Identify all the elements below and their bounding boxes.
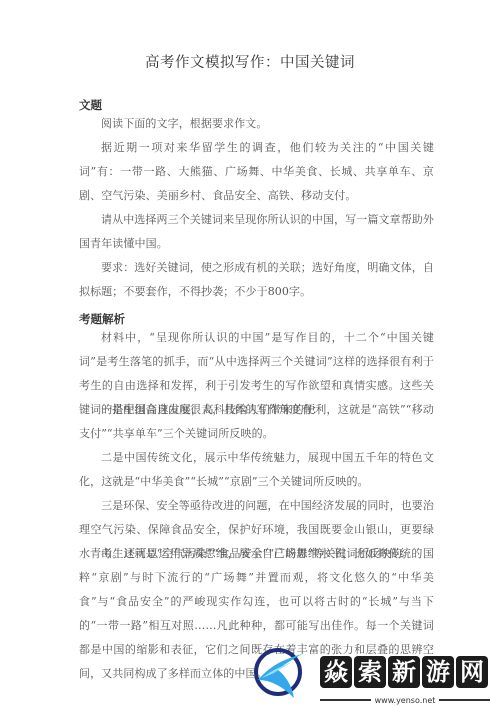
paragraph-requirements: 要求：选好关键词，使之形成有机的关联；选好角度，明确文体，自拟标题；不要套作，不… [79, 256, 434, 304]
paragraph-angle-two: 二是中国传统文化，展示中华传统魅力，展现中国五千年的特色文化，这就是“中华美食”… [79, 446, 434, 494]
section-heading-prompt: 文题 [79, 97, 102, 113]
section-heading-analysis: 考题解析 [79, 311, 125, 327]
paragraph-task: 请从中选择两三个关键词来呈现你所认识的中国，写一篇文章帮助外国青年读懂中国。 [79, 208, 434, 256]
document-page: 高考作文模拟写作：中国关键词 文题 阅读下面的文字，根据要求作文。 据近期一项对… [0, 0, 500, 708]
swoosh-circle-logo-icon [248, 640, 312, 704]
site-watermark: 焱 索 新 游 网 www.yenso.net [248, 640, 500, 708]
watermark-url: www.yenso.net [371, 696, 440, 705]
watermark-brand-chars: 焱 索 新 游 网 [320, 656, 488, 688]
paragraph-instruction: 阅读下面的文字，根据要求作文。 [79, 112, 434, 136]
watermark-char: 焱 [320, 656, 352, 688]
watermark-char: 新 [388, 656, 420, 688]
watermark-char: 游 [422, 656, 454, 688]
watermark-url-row: www.yenso.net [320, 694, 490, 706]
watermark-char: 索 [354, 656, 386, 688]
divider-line [439, 699, 490, 701]
watermark-char: 网 [456, 656, 488, 688]
document-title: 高考作文模拟写作：中国关键词 [0, 51, 500, 72]
paragraph-survey: 据近期一项对来华留学生的调查，他们较为关注的“中国关键词”有：一带一路、大熊猫、… [79, 136, 434, 208]
divider-line [320, 699, 371, 701]
paragraph-angle-one: 一是中国高速发展，高科技给人们带来的便利，这就是“高铁”“移动支付”“共享单车”… [79, 398, 434, 446]
